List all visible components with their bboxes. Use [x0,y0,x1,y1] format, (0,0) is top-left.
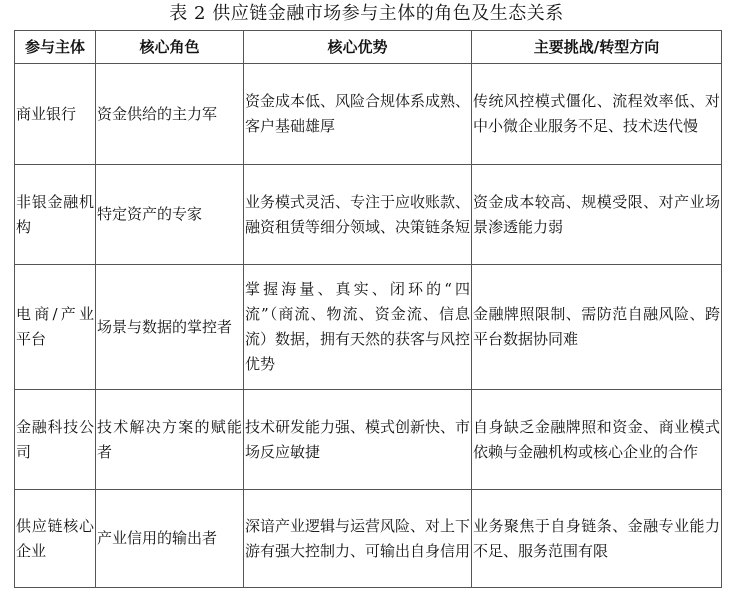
participants-table: 参与主体 核心角色 核心优势 主要挑战/转型方向 商业银行 资金供给的主力军 资… [14,30,722,588]
table-row: 供应链核心企业 产业信用的输出者 深谙产业逻辑与运营风险、对上下游有强大控制力、… [15,490,722,588]
cell-entity: 电商/产业平台 [15,265,96,390]
cell-advantage: 掌握海量、真实、闭环的“四流”（商流、物流、资金流、信息流）数据，拥有天然的获客… [244,265,472,390]
header-role: 核心角色 [96,31,244,64]
header-challenge: 主要挑战/转型方向 [472,31,722,64]
table-caption: 表 2 供应链金融市场参与主体的角色及生态关系 [0,2,733,26]
table-row: 电商/产业平台 场景与数据的掌控者 掌握海量、真实、闭环的“四流”（商流、物流、… [15,265,722,390]
cell-entity: 供应链核心企业 [15,490,96,588]
table-row: 非银金融机构 特定资产的专家 业务模式灵活、专注于应收账款、融资租赁等细分领域、… [15,165,722,265]
header-advantage: 核心优势 [244,31,472,64]
cell-advantage: 深谙产业逻辑与运营风险、对上下游有强大控制力、可输出自身信用 [244,490,472,588]
cell-challenge: 自身缺乏金融牌照和资金、商业模式依赖与金融机构或核心企业的合作 [472,390,722,490]
table-row: 商业银行 资金供给的主力军 资金成本低、风险合规体系成熟、客户基础雄厚 传统风控… [15,64,722,165]
table-row: 金融科技公司 技术解决方案的赋能者 技术研发能力强、模式创新快、市场反应敏捷 自… [15,390,722,490]
cell-challenge: 业务聚焦于自身链条、金融专业能力不足、服务范围有限 [472,490,722,588]
cell-role: 技术解决方案的赋能者 [96,390,244,490]
cell-challenge: 资金成本较高、规模受限、对产业场景渗透能力弱 [472,165,722,265]
cell-entity: 非银金融机构 [15,165,96,265]
cell-challenge: 传统风控模式僵化、流程效率低、对中小微企业服务不足、技术迭代慢 [472,64,722,165]
cell-role: 产业信用的输出者 [96,490,244,588]
cell-advantage: 业务模式灵活、专注于应收账款、融资租赁等细分领域、决策链条短 [244,165,472,265]
cell-challenge: 金融牌照限制、需防范自融风险、跨平台数据协同难 [472,265,722,390]
cell-role: 资金供给的主力军 [96,64,244,165]
cell-entity: 商业银行 [15,64,96,165]
cell-entity: 金融科技公司 [15,390,96,490]
cell-advantage: 资金成本低、风险合规体系成熟、客户基础雄厚 [244,64,472,165]
cell-role: 场景与数据的掌控者 [96,265,244,390]
cell-role: 特定资产的专家 [96,165,244,265]
cell-advantage: 技术研发能力强、模式创新快、市场反应敏捷 [244,390,472,490]
header-entity: 参与主体 [15,31,96,64]
header-row: 参与主体 核心角色 核心优势 主要挑战/转型方向 [15,31,722,64]
